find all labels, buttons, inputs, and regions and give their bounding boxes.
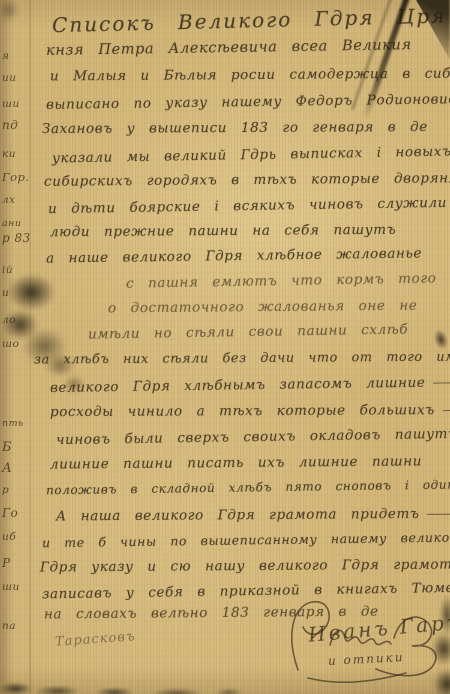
manuscript-line: А наша великого Гдря грамота придетъ bbox=[56, 506, 450, 525]
manuscript-line: выписано по указу нашему Федоръ Родионов… bbox=[46, 91, 450, 113]
manuscript-line: а наше великого Гдря хлѣбное жалованье bbox=[46, 245, 422, 266]
manuscript-line: и дѣти боярские i всякихъ чиновъ служили bbox=[48, 195, 447, 217]
manuscript-line: указали мы великий Гдрь выписках i новых… bbox=[52, 144, 450, 167]
manuscript-line: с пашня емлютъ что кормъ того bbox=[126, 270, 437, 291]
manuscript-line: сибирскихъ городяхъ в тѣхъ которые дворя… bbox=[44, 170, 450, 190]
manuscript-line: о достаточного жалованья оне не bbox=[108, 298, 418, 317]
manuscript-line: Захановъ у вышеписи 183 го генваря в де bbox=[42, 119, 428, 137]
manuscript-line: люди прежние пашни на себя пашутъ bbox=[50, 222, 396, 240]
manuscript-line: Гдря указу и сю нашу великого Гдря грамо… bbox=[40, 557, 450, 576]
signature-block: Иванъ Гаръ и отпики bbox=[282, 590, 447, 690]
manuscript-line: положивъ в складной хлѣбъ пято сноповъ i… bbox=[46, 477, 450, 498]
manuscript-line: лишние пашни писать ихъ лишние пашни bbox=[50, 453, 422, 472]
manuscript-line: росходы чинило а тѣхъ которые большихъ bbox=[50, 402, 450, 420]
manuscript-line: имѣли но сѣяли свои пашни схлѣб bbox=[88, 321, 408, 342]
manuscript-photo: я ии ши пд ки Гор. лх ани р 83 ій и ло ш… bbox=[0, 0, 450, 694]
manuscript-line: за хлѣбъ них сѣяли без дачи что от того … bbox=[34, 349, 450, 367]
manuscript-line: чиновъ были сверхъ своихъ окладовъ пашут… bbox=[56, 426, 450, 448]
manuscript-line: Списокъ Великого Гдря Цря i Велико кн bbox=[52, 0, 450, 37]
manuscript-line: кнзя Петра Алексѣевича всеа Великия bbox=[46, 37, 412, 59]
manuscript-line: и те б чины по вышеписанному нашему вели… bbox=[42, 529, 450, 551]
manuscript-line: и Малыя и Бѣлыя росии самодержца в сиби bbox=[50, 66, 450, 85]
manuscript-line: великого Гдря хлѣбнымъ запасомъ лишние bbox=[50, 374, 450, 396]
